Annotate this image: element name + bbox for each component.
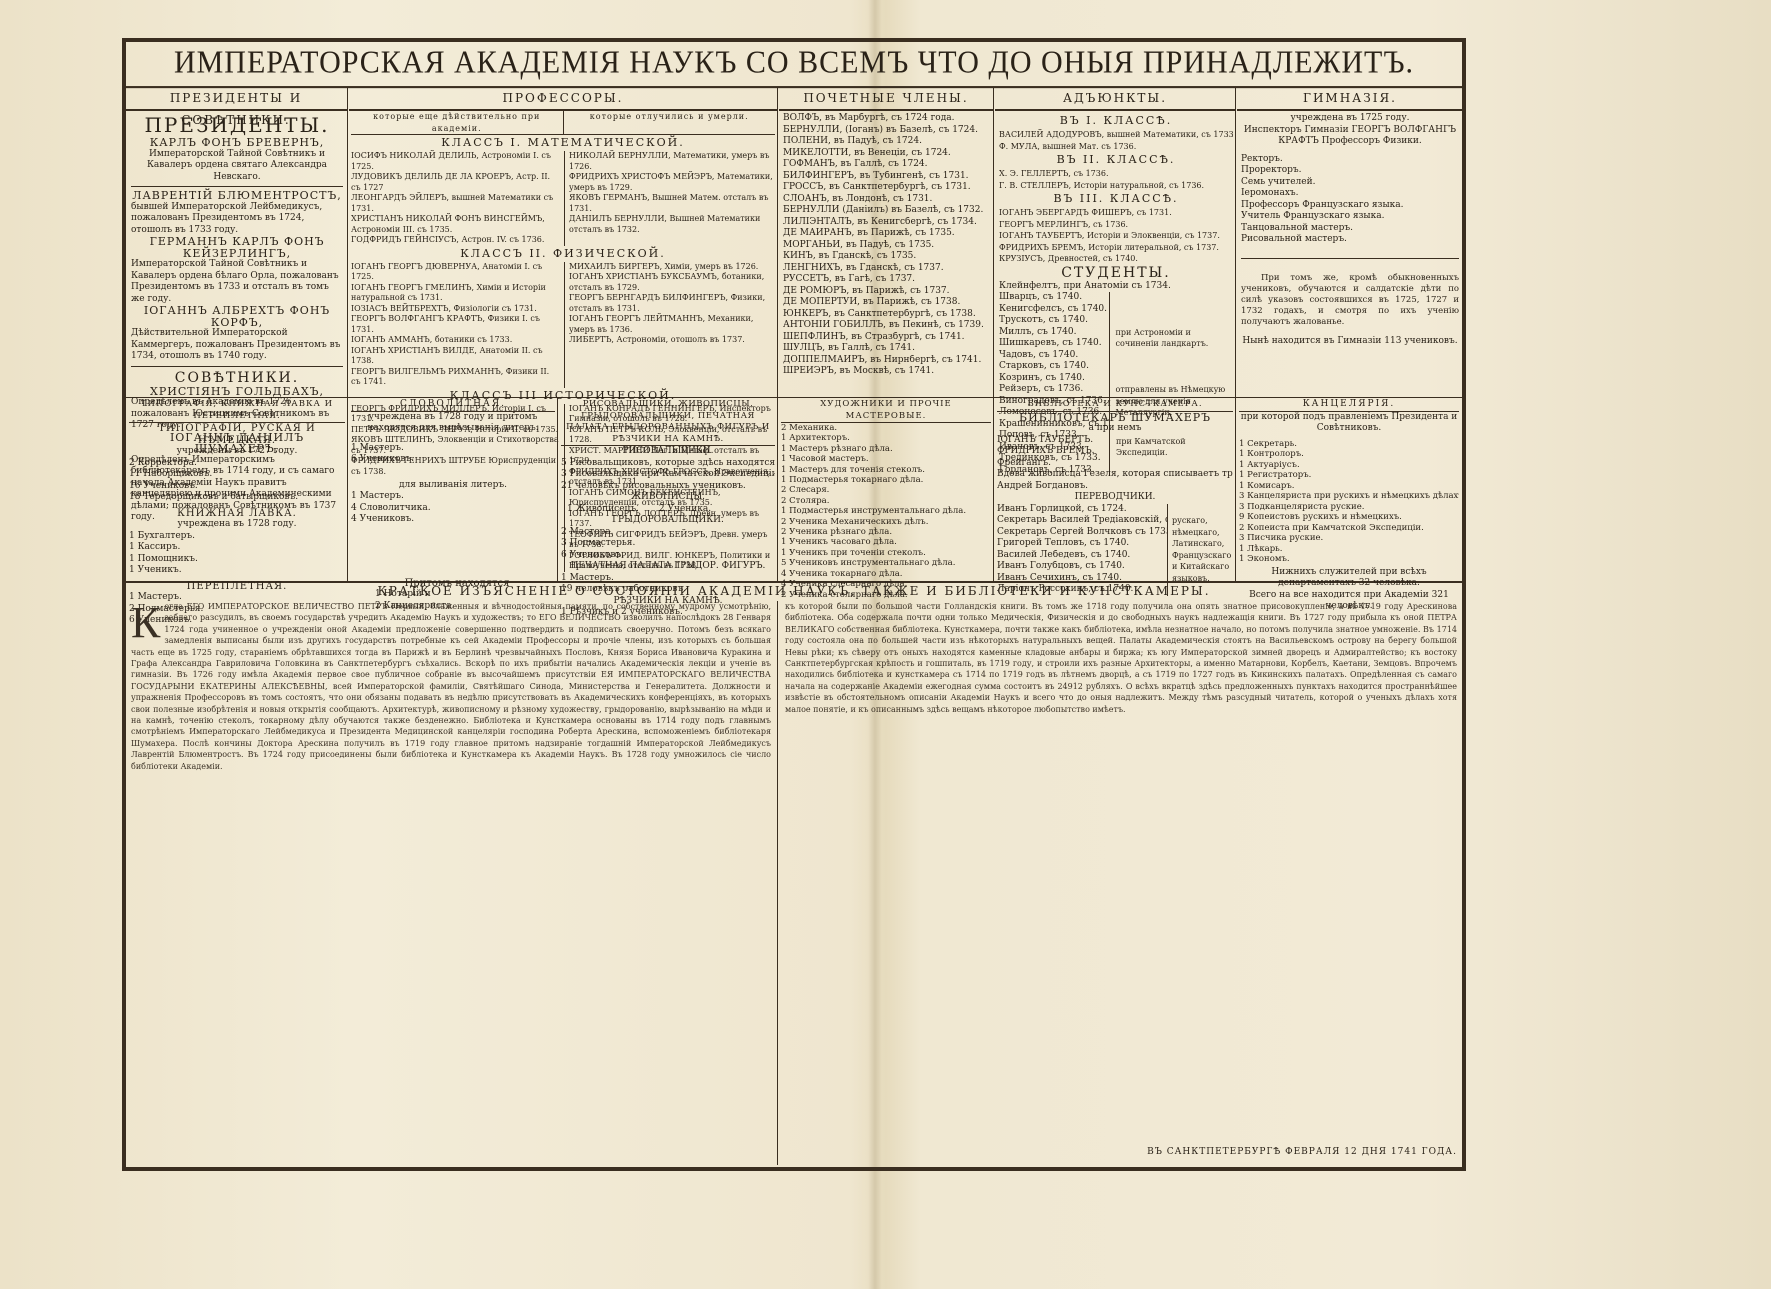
translator-item: Василей Лебедевъ, съ 1740. [997, 550, 1167, 562]
student-item: Шварцъ, съ 1740. [999, 292, 1109, 304]
professor-former: ІОГАНЪ ГЕОРГЪ ЛЕЙТМАННЪ, Механики, умеръ… [569, 314, 775, 335]
professor-current: ІОГАНЪ ГЕОРГЪ ДЮВЕРНУА, Анатоміи I. съ 1… [351, 262, 561, 283]
gymnasium-staff-item: Проректоръ. [1241, 165, 1459, 177]
student-item: Чадовъ, съ 1740. [999, 350, 1109, 362]
student-item: Старковъ, съ 1740. [999, 361, 1109, 373]
professors-former-label: которые отлучились и умерли. [564, 111, 776, 134]
honorary-member: БЕРНУЛЛИ (Даніилъ) въ Базелѣ, съ 1732. [783, 205, 991, 217]
report-right-text: къ которой были по большой части Голланд… [785, 602, 1457, 714]
professor-former: ЛИБЕРТЪ, Астрономіи, отошолъ въ 1737. [569, 335, 775, 346]
adjunct-item: КРУЗІУСЪ, Древностей, съ 1740. [999, 253, 1233, 265]
press-item: 1 Мастеръ. [561, 573, 775, 585]
craftsmen-items: 2 Механика.1 Архитекторъ.1 Мастеръ рѣзна… [781, 423, 991, 600]
typefoundry-item: 1 Мастеръ. [351, 443, 555, 455]
library-staff: ІОГАНЪ ТАУБЕРТЪ.ФРИДРИХЪ БРЕМЪ.Фрейгангъ… [997, 435, 1233, 493]
professor-current: ЛЕОНГАРДЪ ЭЙЛЕРЪ, вышней Математики съ 1… [351, 193, 561, 214]
gymnasium-staff-item: Ректоръ. [1241, 154, 1459, 166]
professor-current: ІОСИФЪ НИКОЛАЙ ДЕЛИЛЬ, Астрономіи I. съ … [351, 151, 561, 172]
typography-item: 2 Корректора. [129, 458, 345, 470]
professor-former: НИКОЛАЙ БЕРНУЛЛИ, Математики, умеръ въ 1… [569, 151, 775, 172]
honorary-list: ВОЛФЪ, въ Марбургѣ, съ 1724 года.БЕРНУЛЛ… [783, 113, 991, 378]
bookshop-item: 1 Помощникъ. [129, 554, 345, 566]
craftsman-item: 2 Слесаря. [781, 485, 991, 495]
craftsman-item: 1 Подмастерья токарнаго дѣла. [781, 475, 991, 485]
translators-list: Иванъ Горлицкой, съ 1724.Секретарь Васил… [997, 504, 1167, 596]
typography-founded: учреждены въ 1727 году. [129, 446, 345, 458]
library-block: БИБЛІОТЕКА И КУНСТКАМЕРА. БИБЛІОТЕКАРЬ Ш… [997, 399, 1233, 596]
chancery-item: 3 Подканцеляриста руские. [1239, 502, 1459, 513]
report-signature: ВЪ САНКТПЕТЕРБУРГѢ ФЕВРАЛЯ 12 ДНЯ 1741 Г… [1025, 1147, 1457, 1157]
typography-header: ТИПОГРАФІЯ, КНИЖНАЯ ЛАВКА И ПЕРЕПЛЕТНАЯ. [129, 399, 345, 423]
honorary-member: МОРГАНЬИ, въ Падуѣ, съ 1735. [783, 240, 991, 252]
honorary-member: ГОФМАНЪ, въ Галлѣ, съ 1724. [783, 159, 991, 171]
professors-current-label: которые еще дѣйствительно при академіи. [351, 111, 564, 134]
typefoundry-header: СЛОВОЛИТНАЯ. [351, 399, 555, 412]
gymnasium-staff-item: Танцовальной мастеръ. [1241, 223, 1459, 235]
engraver-item: 3 Подмастерья. [561, 538, 775, 550]
languages-note: рускаго, нѣмецкаго, Латинскаго, Французс… [1167, 504, 1232, 596]
craftsman-item: 5 Учениковъ инструментальнаго дѣла. [781, 558, 991, 568]
adjunct-item: ІОГАНЪ ТАУБЕРТЪ, Исторіи и Элоквенціи, с… [999, 230, 1233, 242]
divider [557, 397, 558, 581]
library-staff-item: Андрей Богдановъ. [997, 481, 1233, 493]
councillor-name: ХРИСТІЯНЪ ГОЛЬДБАХЪ, [131, 386, 343, 398]
honorary-member: ДЕ РОМЮРЪ, въ Парижѣ, съ 1737. [783, 286, 991, 298]
honorary-member: РУССЕТЪ, въ Гагѣ, съ 1737. [783, 274, 991, 286]
chancery-item: 9 Копеистовъ рускихъ и нѣмецкихъ. [1239, 512, 1459, 523]
craftsman-item: 2 Механика. [781, 423, 991, 433]
honorary-member: КИНЪ, въ Гданскѣ, съ 1735. [783, 251, 991, 263]
gymnasium-inspector: Инспекторъ Гимназіи ГЕОРГЪ ВОЛФГАНГЪ КРА… [1241, 125, 1459, 148]
typefoundry-item: 4 Словолитчика. [351, 503, 555, 515]
chancery-item: 2 Копеиста при Камчатской Экспедиціи. [1239, 523, 1459, 534]
presidents-heading: ПРЕЗИДЕНТЫ. [131, 113, 343, 137]
professor-current: ІОГАНЪ ГЕОРГЪ ГМЕЛИНЪ, Химіи и Исторіи н… [351, 283, 561, 304]
professor-former: ГЕОРГЪ БЕРНГАРДЪ БИЛФИНГЕРЪ, Физики, отс… [569, 293, 775, 314]
professor-class-title: КЛАССЪ II. ФИЗИЧЕСКОЙ. [351, 246, 775, 262]
professor-current: ХРИСТІАНЪ НИКОЛАЙ ФОНЪ ВИНСГЕЙМЪ, Астрон… [351, 214, 561, 235]
artists-sub: РИСОВАЛЬЩИКИ. [561, 446, 775, 458]
craftsman-item: 2 Столяра. [781, 496, 991, 506]
translator-item: Секретарь Сергей Волчковъ съ 1735. [997, 527, 1167, 539]
professor-current: ГЕОРГЪ ВИЛГЕЛЬМЪ РИХМАННЪ, Физики II. съ… [351, 367, 561, 388]
student-item: Кенигсфелсъ, съ 1740. [999, 304, 1109, 316]
adjunct-item: Х. Э. ГЕЛЛЕРТЪ, съ 1736. [999, 168, 1233, 180]
library-staff-item: Фрейгангъ. [997, 458, 1233, 470]
header-professors: ПРОФЕССОРЫ. [349, 87, 777, 111]
professor-current: ІОГАНЪ АММАНЪ, ботаники съ 1733. [351, 335, 561, 346]
typefoundry-founded: учреждена въ 1728 году и притомъ находят… [351, 412, 555, 435]
typefoundry-items: 1 Мастеръ.4 Словолитчика.4 Учениковъ. [351, 491, 555, 526]
draftsman-item: 3 Рисовальщика при Камчатской Экспедиціи… [561, 469, 775, 481]
artists-sub: ПЕЧАТНАЯ ПАЛАТА ГРЫДОР. ФИГУРЪ. [561, 561, 775, 573]
craftsman-item: 2 Ученика рѣзнаго дѣла. [781, 527, 991, 537]
draftsman-item: 5 Рисовальщиковъ, которые здѣсь находятс… [561, 458, 775, 470]
typography-items: 2 Корректора.11 Наборщиковъ.16 Учениковъ… [129, 458, 345, 504]
honorary-member: ШУЛЦЪ, въ Галлѣ, съ 1741. [783, 343, 991, 355]
craftsman-item: 1 Ученикъ часоваго дѣла. [781, 537, 991, 547]
typefoundry-item: 1 Мастеръ. [351, 491, 555, 503]
bookshop-founded: учреждена въ 1728 году. [129, 519, 345, 531]
bookshop-sub: КНИЖНАЯ ЛАВКА. [129, 508, 345, 520]
adjunct-item: ГЕОРГЪ МЕРЛИНГЪ, съ 1736. [999, 219, 1233, 231]
typefoundry-block: СЛОВОЛИТНАЯ. учреждена въ 1728 году и пр… [351, 399, 555, 526]
student-item: Трускотъ, съ 1740. [999, 315, 1109, 327]
typography-item: 16 Учениковъ. [129, 481, 345, 493]
president-name: ЛАВРЕНТІЙ БЛЮМЕНТРОСТЪ, [131, 190, 343, 202]
draftsmen-items: 5 Рисовальщиковъ, которые здѣсь находятс… [561, 458, 775, 493]
adjunct-class-title: ВЪ I. КЛАССѢ. [999, 113, 1233, 129]
student-item: Козринъ, съ 1740. [999, 373, 1109, 385]
painter-item: 2 Ученика. [659, 504, 711, 516]
report-title: КРАТКОЕ ИЗЪЯСНЕНІЕ О СОСТОЯНІИ АКАДЕМІИ … [125, 584, 1463, 598]
chancery-item: 1 Комисаръ. [1239, 481, 1459, 492]
honorary-member: ШРЕЙЭРЪ, въ Москвѣ, съ 1741. [783, 366, 991, 378]
engraver-item: 6 Учениковъ. [561, 550, 775, 562]
student-item: Клейнфелтъ, при Анатоміи съ 1734. [999, 281, 1233, 293]
engraver-item: 2 Мастера. [561, 527, 775, 539]
chancery-items: 1 Секретарь.1 Контролоръ.1 Актуаріусъ.1 … [1239, 439, 1459, 565]
president-name: КАРЛЪ ФОНЪ БРЕВЕРНЪ, [131, 137, 343, 149]
honorary-member: БЕРНУЛЛИ, (Іоганъ) въ Базелѣ, съ 1724. [783, 125, 991, 137]
professor-former: ДАНІИЛЪ БЕРНУЛЛИ, Вышней Математики отст… [569, 214, 775, 235]
adjunct-classes: ВЪ I. КЛАССѢ.ВАСИЛЕЙ АДОДУРОВЪ, вышней М… [999, 113, 1233, 265]
header-gymnasium: ГИМНАЗІЯ. [1237, 87, 1463, 111]
president-name: ІОГАННЪ АЛБРЕХТЪ ФОНЪ КОРФЪ, [131, 305, 343, 328]
craftsmen-block: ХУДОЖНИКИ И ПРОЧІЕ МАСТЕРОВЫЕ. 2 Механик… [781, 399, 991, 600]
bookshop-items: 1 Бухгалтеръ.1 Кассиръ.1 Помощникъ.1 Уче… [129, 531, 345, 577]
library-with: а при немъ [997, 423, 1233, 435]
gymnasium-block: учреждена въ 1725 году. Инспекторъ Гимна… [1241, 113, 1459, 347]
chancery-item: 1 Актуаріусъ. [1239, 460, 1459, 471]
craftsman-item: 1 Архитекторъ. [781, 433, 991, 443]
header-presidents: ПРЕЗИДЕНТЫ И СОВѢТНИКИ. [125, 87, 347, 111]
typefoundry-sub: для выливанія литеръ. [351, 480, 555, 492]
professor-current: ГЕОРГЪ ВОЛФГАНГЪ КРАФТЪ, Физики I. съ 17… [351, 314, 561, 335]
divider [347, 397, 348, 581]
drop-cap: К [131, 603, 160, 643]
honorary-member: БИЛФИНГЕРЪ, въ Тубингенѣ, съ 1731. [783, 171, 991, 183]
library-header: БИБЛІОТЕКА И КУНСТКАМЕРА. [997, 399, 1233, 412]
professor-former: ФРИДРИХЪ ХРИСТОФЪ МЕЙЭРЪ, Математики, ум… [569, 172, 775, 193]
chancery-header: КАНЦЕЛЯРІЯ. [1239, 399, 1459, 412]
report-left-text: огда ЕГО ИМПЕРАТОРСКОЕ ВЕЛИЧЕСТВО ПЕТРЪ … [131, 602, 771, 771]
craftsmen-header: ХУДОЖНИКИ И ПРОЧІЕ МАСТЕРОВЫЕ. [781, 399, 991, 423]
adjunct-item: ФРИДРИХЪ БРЕМЪ, Исторіи литеральной, съ … [999, 242, 1233, 254]
chancery-item: 1 Регистраторъ. [1239, 470, 1459, 481]
honorary-members-block: ВОЛФЪ, въ Марбургѣ, съ 1724 года.БЕРНУЛЛ… [783, 113, 991, 378]
craftsman-item: 1 Часовой мастеръ. [781, 454, 991, 464]
councillors-heading: СОВѢТНИКИ. [131, 370, 343, 386]
president-desc: Императорской Тайной Совѣтникъ и Кавалер… [131, 259, 343, 305]
students-group-note: при Астрономіи и сочиненіи ландкартъ. [1109, 292, 1233, 384]
bookshop-item: 1 Ученикъ. [129, 565, 345, 577]
divider [347, 87, 348, 397]
translator-item: Иванъ Горлицкой, съ 1724. [997, 504, 1167, 516]
honorary-member: ЛИЛІЭНТАЛЪ, въ Кенигсбергѣ, съ 1734. [783, 217, 991, 229]
translators-heading: ПЕРЕВОДЧИКИ. [997, 492, 1233, 504]
student-item: Рейзеръ, съ 1736. [999, 384, 1109, 396]
professor-former: ІОГАНЪ ХРИСТІАНЪ БУКСБАУМЪ, ботаники, от… [569, 272, 775, 293]
chancery-item: 1 Лѣкарь. [1239, 544, 1459, 555]
library-staff-item: Вдова живописца Гезеля, которая списывае… [997, 469, 1233, 481]
honorary-member: ДЕ МАЙРАНЪ, въ Парижѣ, съ 1735. [783, 228, 991, 240]
gymnasium-staff-item: Профессоръ Французскаго языка. [1241, 200, 1459, 212]
honorary-member: ДЕ МОПЕРТУИ, въ Парижѣ, съ 1738. [783, 297, 991, 309]
gymnasium-founded: учреждена въ 1725 году. [1241, 113, 1459, 125]
craftsman-item: 1 Подмастерья инструментальнаго дѣла. [781, 506, 991, 516]
typography-item: 18 Тередорщиковъ и батырщиковъ. [129, 492, 345, 504]
header-honorary: ПОЧЕТНЫЕ ЧЛЕНЫ. [779, 87, 993, 111]
draftsman-item: 21 человѣкъ рисовальныхъ учениковъ. [561, 481, 775, 493]
divider [993, 87, 994, 397]
adjunct-item: ВАСИЛЕЙ АДОДУРОВЪ, вышней Математики, съ… [999, 129, 1233, 141]
gymnasium-count: Нынѣ находится въ Гимназіи 113 учениковъ… [1241, 336, 1459, 348]
document-title: ИМПЕРАТОРСКАЯ АКАДЕМІЯ НАУКЪ СО ВСЕМЪ ЧТ… [125, 40, 1463, 88]
typefoundry-items: 1 Мастеръ.6 Учениковъ. [351, 443, 555, 466]
divider [993, 397, 994, 581]
adjunct-item: Ф. МУЛА, вышней Мат. съ 1736. [999, 141, 1233, 153]
divider [777, 397, 778, 581]
professor-current: ЛУДОВИКЪ ДЕЛИЛЬ ДЕ ЛА КРОЕРЪ, Астр. II. … [351, 172, 561, 193]
library-staff-item: ФРИДРИХЪ БРЕМЪ. [997, 446, 1233, 458]
artists-sub: ЖИВОПИСЦЫ. [561, 492, 775, 504]
gymnasium-staff: Ректоръ.Проректоръ.Семь учителей.Іеромон… [1241, 154, 1459, 246]
broadsheet-frame: ИМПЕРАТОРСКАЯ АКАДЕМІЯ НАУКЪ СО ВСЕМЪ ЧТ… [122, 38, 1466, 1171]
president-desc: Императорской Тайной Совѣтникъ и Кавалер… [131, 149, 343, 184]
artists-header: РИСОВАЛЬЩИКИ, ЖИВОПИСЦЫ, ГРЫДОРОВАЛЬЩИКИ… [561, 399, 775, 446]
honorary-member: ВОЛФЪ, въ Марбургѣ, съ 1724 года. [783, 113, 991, 125]
students-heading: СТУДЕНТЫ. [999, 265, 1233, 281]
chancery-sub: при которой подъ правленіемъ Президента … [1239, 412, 1459, 435]
student-item: Шишкаревъ, съ 1740. [999, 338, 1109, 350]
library-staff-item: ІОГАНЪ ТАУБЕРТЪ. [997, 435, 1233, 447]
professor-current: ІОЗІАСЪ ВЕЙТБРЕХТЪ, Физіологіи съ 1731. [351, 304, 561, 315]
chancery-item: 1 Контролоръ. [1239, 449, 1459, 460]
students-group: Шварцъ, съ 1740.Кенигсфелсъ, съ 1740.Тру… [999, 292, 1109, 384]
president-name: ГЕРМАННЪ КАРЛЪ ФОНЪ КЕЙЗЕРЛИНГЪ, [131, 236, 343, 259]
engravers-items: 2 Мастера.3 Подмастерья.6 Учениковъ. [561, 527, 775, 562]
adjunct-class-title: ВЪ III. КЛАССѢ. [999, 191, 1233, 207]
honorary-member: ГРОССЪ, въ Санктпетербургѣ, съ 1731. [783, 182, 991, 194]
honorary-member: АНТОНІЙ ГОБИЛЛЪ, въ Пекинѣ, съ 1739. [783, 320, 991, 332]
craftsman-item: 1 Ученикъ при точеніи стеколъ. [781, 548, 991, 558]
craftsman-item: 1 Мастеръ рѣзнаго дѣла. [781, 444, 991, 454]
honorary-member: ДОППЕЛМАЙРЪ, въ Нирнбергѣ, съ 1741. [783, 355, 991, 367]
honorary-member: ЛЕНГНИХЪ, въ Гданскѣ, съ 1737. [783, 263, 991, 275]
adjunct-item: Г. В. СТЕЛЛЕРЪ, Исторіи натуральной, съ … [999, 180, 1233, 192]
professor-former: МИХАИЛЪ БИРГЕРЪ, Химіи, умеръ въ 1726. [569, 262, 775, 273]
artists-sub: ГРЫДОРОВАЛЬЩИКИ. [561, 515, 775, 527]
divider [1235, 87, 1236, 397]
honorary-member: МИКЕЛОТТИ, въ Венеціи, съ 1724. [783, 148, 991, 160]
chancery-item: 3 Канцеляриста при рускихъ и нѣмецкихъ д… [1239, 491, 1459, 502]
typefoundry-item: 6 Учениковъ. [351, 454, 555, 466]
typefoundry-item: 4 Учениковъ. [351, 514, 555, 526]
librarian: БИБЛІОТЕКАРЬ ШУМАХЕРЪ [997, 412, 1233, 424]
gymnasium-staff-item: Іеромонахъ. [1241, 188, 1459, 200]
professor-current: ІОГАНЪ ХРИСТІАНЪ ВИЛДЕ, Анатоміи II. съ … [351, 346, 561, 367]
translator-item: Иванъ Сечихинъ, съ 1740. [997, 573, 1167, 585]
craftsman-item: 2 Ученика Механическихъ дѣлъ. [781, 517, 991, 527]
typography-sub: ТИПОГРАФІИ, РУСКАЯ И НѢМЕЦКАЯ. [129, 423, 345, 446]
gymnasium-staff-item: Семь учителей. [1241, 177, 1459, 189]
honorary-member: ПОЛЕНИ, въ Падуѣ, съ 1724. [783, 136, 991, 148]
gymnasium-staff-item: Учитель Французскаго языка. [1241, 211, 1459, 223]
chancery-block: КАНЦЕЛЯРІЯ. при которой подъ правленіемъ… [1239, 399, 1459, 613]
painter-item: 1 Живописецъ. [567, 504, 639, 516]
craftsman-item: 4 Ученика токарнаго дѣла. [781, 569, 991, 579]
report-right-column: къ которой были по большой части Голланд… [785, 601, 1457, 1141]
typography-item: 11 Наборщиковъ. [129, 469, 345, 481]
president-desc: бывшей Императорской Лейбмедикусъ, пожал… [131, 202, 343, 237]
professor-class-title: КЛАССЪ I. МАТЕМАТИЧЕСКОЙ. [351, 135, 775, 151]
chancery-item: 3 Писчика руские. [1239, 533, 1459, 544]
professor-former: ЯКОВЪ ГЕРМАНЪ, Вышней Матем. отсталъ въ … [569, 193, 775, 214]
bookshop-item: 1 Кассиръ. [129, 542, 345, 554]
professor-current: ГОДФРИДЪ ГЕЙНСІУСЪ, Астрон. IV. съ 1736. [351, 235, 561, 246]
craftsman-item: 1 Мастеръ для точенія стеколъ. [781, 465, 991, 475]
gymnasium-note: При томъ же, кромѣ обыкновенныхъ ученико… [1241, 273, 1459, 328]
student-item: Миллъ, съ 1740. [999, 327, 1109, 339]
president-desc: Дѣйствительной Императорской Каммергеръ,… [131, 328, 343, 363]
translator-item: Григорей Тепловъ, съ 1740. [997, 538, 1167, 550]
divider [1235, 397, 1236, 581]
divider [777, 87, 778, 397]
honorary-member: СЛОАНЪ, въ Лондонѣ, съ 1731. [783, 194, 991, 206]
divider [777, 601, 778, 1165]
chancery-item: 1 Секретарь. [1239, 439, 1459, 450]
honorary-member: ЮНКЕРЪ, въ Санктпетербургѣ, съ 1738. [783, 309, 991, 321]
adjunct-item: ІОГАНЪ ЭБЕРГАРДЪ ФИШЕРЪ, съ 1731. [999, 207, 1233, 219]
translator-item: Секретарь Василей Тредіаковскій, съ 1733… [997, 515, 1167, 527]
honorary-member: ШЕПФЛИНЪ, въ Стразбургѣ, съ 1741. [783, 332, 991, 344]
chancery-item: 1 Экономъ. [1239, 554, 1459, 565]
translator-item: Иванъ Голубцовъ, съ 1740. [997, 561, 1167, 573]
bookshop-item: 1 Бухгалтеръ. [129, 531, 345, 543]
gymnasium-staff-item: Рисовальной мастеръ. [1241, 234, 1459, 246]
adjunct-class-title: ВЪ II. КЛАССѢ. [999, 152, 1233, 168]
header-adjuncts: АДЪЮНКТЫ. [995, 87, 1235, 111]
report-left-column: К огда ЕГО ИМПЕРАТОРСКОЕ ВЕЛИЧЕСТВО ПЕТР… [131, 601, 771, 1161]
